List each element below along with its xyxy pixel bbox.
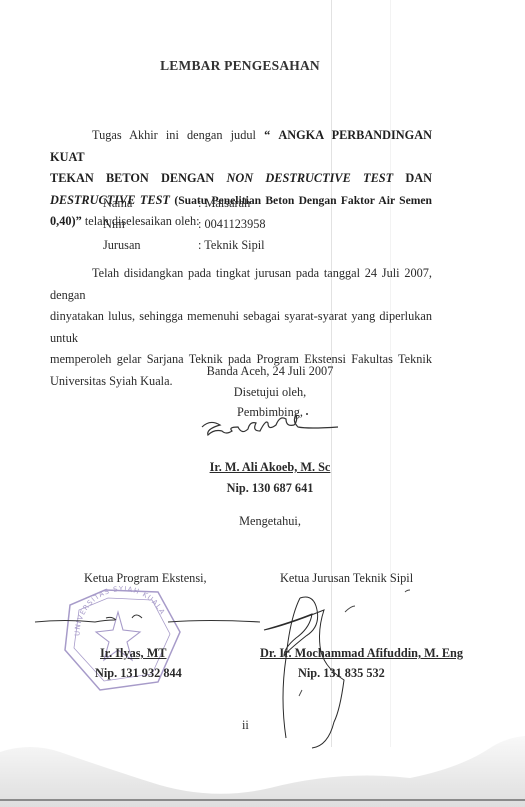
torn-paper-edge	[0, 0, 525, 807]
